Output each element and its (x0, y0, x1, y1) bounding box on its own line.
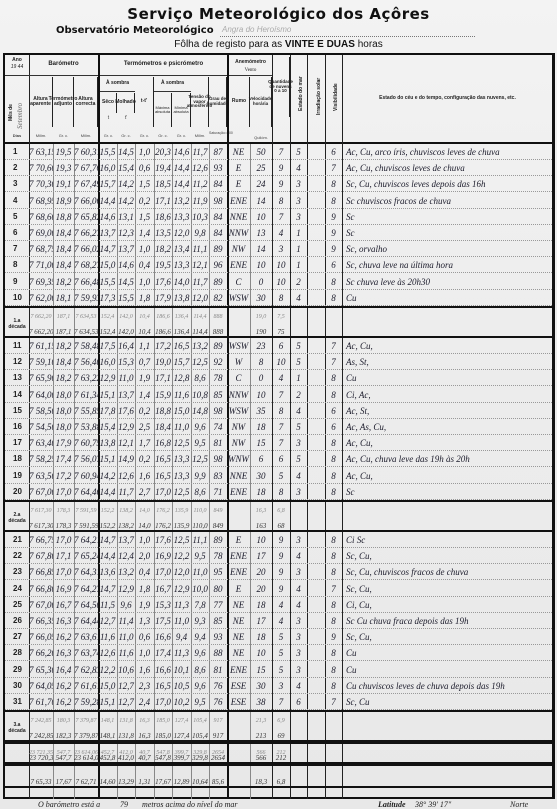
cell-max: 18,5 (154, 176, 172, 192)
table-row: 157 58,5018,07 55,8517,817,60,218,815,01… (5, 403, 552, 419)
cell-molh: 11,0 (117, 370, 135, 386)
subtitle-suffix: horas (358, 39, 383, 50)
cell-hum: 85 (209, 387, 227, 403)
cell-alt-cor: 7 64,44 (74, 613, 98, 629)
cell-diff: 0,6 (135, 160, 154, 176)
cell-diff: 1,0 (135, 144, 154, 160)
summary-pencil-seco: 148,1 (98, 713, 117, 729)
cell-hum: 89 (209, 274, 227, 290)
cell-seco: 17,5 (98, 338, 117, 354)
cell-vel: 24 (250, 176, 272, 192)
cell-hum: 84 (209, 209, 227, 225)
cell-nuv: 9 (272, 532, 290, 548)
table-row: 67 69,0018,47 66,2713,712,31,413,512,09,… (5, 225, 552, 241)
day-number: 10 (13, 290, 22, 306)
cell-rumo: C (227, 370, 250, 386)
cell-mar: 3 (290, 193, 307, 209)
cell-min: 14,6 (172, 144, 191, 160)
cell-seco: 14,7 (98, 241, 117, 257)
cell-irr (307, 338, 325, 354)
cell-tens: 9,5 (191, 435, 209, 451)
summary-pencil-min: 135,9 (172, 503, 191, 519)
day-number: 24 (13, 581, 22, 597)
cell-mar: 3 (290, 435, 307, 451)
cell-molh: 12,9 (117, 581, 135, 597)
unit-tensao: Milim. (191, 133, 209, 138)
cell-irr (307, 645, 325, 661)
cell-irr (307, 613, 325, 629)
table-row: 307 64,0516,27 61,6115,012,72,316,510,59… (5, 678, 552, 694)
cell-term: 16,3 (53, 613, 74, 629)
cell-vis: 6 (325, 419, 342, 435)
cell-tens: 14,8 (191, 403, 209, 419)
cell-vis: 7 (325, 354, 342, 370)
cell-seco: 14,4 (98, 548, 117, 564)
cell-min: 12,0 (172, 225, 191, 241)
cell-max: 16,5 (154, 468, 172, 484)
cell-alt-ap: 7 64,05 (29, 678, 53, 694)
cell-nuv: 5 (272, 468, 290, 484)
cell-seco: 14,4 (98, 193, 117, 209)
cell-hum: 89 (209, 532, 227, 548)
cell-hum: 87 (209, 144, 227, 160)
cell-vel: 14 (250, 193, 272, 209)
cell-alt-ap: 7 69,35 (29, 274, 53, 290)
summary-pencil-rumo (227, 503, 250, 519)
cell-diff: 2,0 (135, 548, 154, 564)
cell-rumo: WSW (227, 338, 250, 354)
cell-term: 18,9 (53, 193, 74, 209)
cell-min: 12,5 (172, 484, 191, 500)
cell-term: 18,4 (53, 257, 74, 273)
summary-pencil-alt-cor: 7 591,59 (74, 503, 98, 519)
cell-alt-ap: 7 68,75 (29, 241, 53, 257)
cell-estado-ceu: Ac, Cu, (342, 338, 552, 354)
cell-estado-ceu: As, St, (342, 354, 552, 370)
cell-alt-ap: 7 58,50 (29, 403, 53, 419)
cell-seco: 13,6 (98, 564, 117, 580)
cell-alt-ap: 7 54,50 (29, 419, 53, 435)
cell-estado-ceu: Sc, Cu (342, 694, 552, 710)
cell-tens: 13,2 (191, 338, 209, 354)
cell-alt-cor: 7 56,07 (74, 451, 98, 467)
cell-max: 13,5 (154, 225, 172, 241)
cell-hum: 77 (209, 597, 227, 613)
unit-termometro-adjunto: Gr. c. (53, 133, 74, 138)
cell-nuv: 4 (272, 613, 290, 629)
cell-vis: 7 (325, 338, 342, 354)
cell-estado-ceu: Ac, St, (342, 403, 552, 419)
cell-mar: 5 (290, 354, 307, 370)
cell-mar: 3 (290, 645, 307, 661)
subtitle-hour: VINTE E DUAS (285, 39, 355, 50)
decade-label: 3.a década (7, 722, 27, 734)
cell-seco: 16,0 (98, 354, 117, 370)
cell-vel: 50 (250, 144, 272, 160)
cell-hum: 89 (209, 241, 227, 257)
cell-estado-ceu: Sc Cu chuva fraca depois das 19h (342, 613, 552, 629)
table-row: 117 61,1518,27 58,4817,516,41,117,216,51… (5, 338, 552, 354)
cell-irr (307, 209, 325, 225)
cell-estado-ceu: Cu (342, 290, 552, 306)
cell-hum: 83 (209, 468, 227, 484)
cell-mar: 3 (290, 613, 307, 629)
cell-vel: 13 (250, 225, 272, 241)
summary-ink-tens: 10,64 (191, 774, 209, 790)
cell-hum: 98 (209, 403, 227, 419)
cell-nuv: 5 (272, 629, 290, 645)
cell-term: 19,1 (53, 176, 74, 192)
day-number: 9 (13, 274, 17, 290)
cell-rumo: NE (227, 597, 250, 613)
cell-seco: 16,0 (98, 160, 117, 176)
cell-tens: 11,7 (191, 144, 209, 160)
col-altura-correcta: Altura correcta (74, 77, 98, 127)
cell-rumo: NNE (227, 468, 250, 484)
cell-term: 18,8 (53, 209, 74, 225)
year-value: 19 44 (6, 64, 28, 70)
cell-alt-cor: 7 61,34 (74, 387, 98, 403)
barometer-header: Barómetro (29, 61, 98, 67)
table-row: 247 66,8016,97 64,2714,712,91,816,712,91… (5, 581, 552, 597)
cell-irr (307, 468, 325, 484)
cell-estado-ceu: Ac, Cu, chuviscos leves de chuva (342, 160, 552, 176)
cell-term: 16,2 (53, 678, 74, 694)
cell-vis: 8 (325, 678, 342, 694)
cell-mar: 3 (290, 209, 307, 225)
cell-diff: 1,7 (135, 435, 154, 451)
table-row: 167 54,5018,07 53,8815,412,92,518,411,09… (5, 419, 552, 435)
cell-nuv: 5 (272, 645, 290, 661)
cell-vis: 8 (325, 451, 342, 467)
cell-diff: 1,8 (135, 290, 154, 306)
latitude-north: Norte (510, 800, 528, 809)
cell-irr (307, 290, 325, 306)
cell-mar: 4 (290, 581, 307, 597)
cell-alt-ap: 7 70,30 (29, 176, 53, 192)
cell-estado-ceu: Ci Sc (342, 532, 552, 548)
cell-alt-cor: 7 68,27 (74, 257, 98, 273)
cell-mar: 4 (290, 290, 307, 306)
cell-diff: 1,9 (135, 370, 154, 386)
summary-pencil-term: 178,3 (53, 503, 74, 519)
cell-vel: 10 (250, 257, 272, 273)
cell-max: 16,5 (154, 678, 172, 694)
cell-hum: 85 (209, 613, 227, 629)
cell-mar: 2 (290, 274, 307, 290)
summary-pencil-term: 180,3 (53, 713, 74, 729)
cell-vis: 8 (325, 613, 342, 629)
cell-diff: 1,6 (135, 662, 154, 678)
table-row: 177 63,4017,97 60,7513,812,11,716,812,59… (5, 435, 552, 451)
cell-vis: 7 (325, 581, 342, 597)
summary-ink-rumo (227, 774, 250, 790)
cell-mar: 4 (290, 160, 307, 176)
cell-term: 18,0 (53, 403, 74, 419)
cell-vel: 6 (250, 451, 272, 467)
cell-diff: 0,2 (135, 403, 154, 419)
cell-alt-ap: 7 65,30 (29, 662, 53, 678)
barometer-height: 79 (120, 800, 128, 809)
cell-term: 18,0 (53, 387, 74, 403)
cell-diff: 0,2 (135, 193, 154, 209)
cell-min: 11,0 (172, 613, 191, 629)
table-row: 237 66,8517,07 64,3113,613,20,417,012,01… (5, 564, 552, 580)
summary-ink-diff: 1,31 (135, 774, 154, 790)
cell-seco: 14,7 (98, 581, 117, 597)
cell-nuv: 8 (272, 193, 290, 209)
cell-alt-ap: 7 66,75 (29, 532, 53, 548)
cell-irr (307, 629, 325, 645)
table-row: 57 68,6018,87 65,8214,613,11,518,613,310… (5, 209, 552, 225)
cell-alt-ap: 7 59,10 (29, 354, 53, 370)
cell-diff: 0,6 (135, 629, 154, 645)
summary-pencil-alt-ap: 7 617,30 (29, 503, 53, 519)
cell-vel: 0 (250, 370, 272, 386)
table-row: 257 67,0016,77 64,5011,59,61,915,311,37,… (5, 597, 552, 613)
cell-estado-ceu: Cu (342, 370, 552, 386)
cell-rumo: NW (227, 435, 250, 451)
cell-vis: 9 (325, 241, 342, 257)
cell-alt-cor: 7 63,61 (74, 629, 98, 645)
cell-term: 16,7 (53, 597, 74, 613)
cell-nuv: 3 (272, 241, 290, 257)
cell-irr (307, 532, 325, 548)
cell-irr (307, 225, 325, 241)
summary-pencil-diff: 10,4 (135, 309, 154, 325)
cell-irr (307, 484, 325, 500)
cell-mar: 3 (290, 662, 307, 678)
cell-vel: 30 (250, 468, 272, 484)
cell-molh: 13,7 (117, 532, 135, 548)
cell-term: 17,0 (53, 564, 74, 580)
cell-term: 16,2 (53, 694, 74, 710)
cell-vis: 8 (325, 387, 342, 403)
cell-tens: 9,6 (191, 645, 209, 661)
thermometers-header: Termómetros e psicrómetro (100, 61, 227, 67)
cell-vel: 15 (250, 662, 272, 678)
cell-irr (307, 597, 325, 613)
cell-alt-cor: 7 67,76 (74, 160, 98, 176)
cell-max: 18,8 (154, 403, 172, 419)
cell-max: 16,7 (154, 581, 172, 597)
cell-min: 13,4 (172, 241, 191, 257)
cell-hum: 88 (209, 645, 227, 661)
cell-seco: 14,7 (98, 532, 117, 548)
cell-seco: 12,9 (98, 370, 117, 386)
cell-molh: 13,1 (117, 209, 135, 225)
cell-molh: 13,2 (117, 564, 135, 580)
table-row: 297 65,3016,47 62,8312,210,61,616,610,18… (5, 662, 552, 678)
summary-pencil-hum: 917 (209, 713, 227, 729)
month-value: Setembro (16, 79, 24, 129)
cell-molh: 11,0 (117, 629, 135, 645)
cell-tens: 12,5 (191, 354, 209, 370)
cell-alt-cor: 7 65,24 (74, 548, 98, 564)
cell-tens: 12,5 (191, 451, 209, 467)
cell-term: 18,0 (53, 419, 74, 435)
cell-nuv: 7 (272, 387, 290, 403)
cell-tens: 9,6 (191, 419, 209, 435)
cell-mar: 3 (290, 564, 307, 580)
cell-max: 17,0 (154, 564, 172, 580)
day-number: 28 (13, 645, 22, 661)
cell-tens: 11,1 (191, 532, 209, 548)
cell-hum: 80 (209, 581, 227, 597)
cell-hum: 81 (209, 662, 227, 678)
cell-diff: 2,4 (135, 694, 154, 710)
day-number: 18 (13, 451, 22, 467)
summary-pencil-max: 186,6 (154, 309, 172, 325)
cell-hum: 76 (209, 678, 227, 694)
cell-nuv: 3 (272, 678, 290, 694)
cell-vis: 6 (325, 403, 342, 419)
cell-alt-cor: 7 64,46 (74, 484, 98, 500)
cell-alt-cor: 7 64,31 (74, 564, 98, 580)
cell-vel: 8 (250, 354, 272, 370)
cell-term: 19,5 (53, 144, 74, 160)
decade-label: 1.a década (7, 318, 27, 330)
table-row: 317 61,7016,27 59,2815,112,72,417,010,29… (5, 694, 552, 710)
table-row: 197 63,5017,27 60,9414,212,61,616,513,39… (5, 468, 552, 484)
cell-seco: 12,2 (98, 662, 117, 678)
cell-alt-ap: 7 66,05 (29, 629, 53, 645)
latitude-value: 38° 39' 17" (415, 800, 451, 809)
cell-alt-ap: 7 63,40 (29, 435, 53, 451)
cell-estado-ceu: Sc, Cu, chuviscos leves depois das 16h (342, 176, 552, 192)
cell-tens: 7,8 (191, 597, 209, 613)
cell-max: 17,1 (154, 370, 172, 386)
summary-pencil-tens: 110,0 (191, 503, 209, 519)
table-row: 17 63,1519,57 60,3115,514,51,020,314,611… (5, 144, 552, 160)
summary-pencil-tens: 105,4 (191, 713, 209, 729)
cell-vel: 30 (250, 678, 272, 694)
unit-minima: Gr. c. (172, 133, 191, 138)
cell-min: 10,5 (172, 678, 191, 694)
cell-min: 10,1 (172, 662, 191, 678)
cell-rumo: NE (227, 629, 250, 645)
cell-min: 11,3 (172, 645, 191, 661)
cell-seco: 15,1 (98, 387, 117, 403)
table-row: 217 66,7517,07 64,2114,713,71,017,612,51… (5, 532, 552, 548)
table-row: 77 68,7518,47 66,0214,713,71,018,213,411… (5, 241, 552, 257)
day-number: 19 (13, 468, 22, 484)
cell-nuv: 5 (272, 662, 290, 678)
summary-pencil-vel: 16,3 (250, 503, 272, 519)
cell-molh: 13,7 (117, 387, 135, 403)
cell-alt-ap: 7 68,60 (29, 209, 53, 225)
cell-alt-cor: 7 58,48 (74, 338, 98, 354)
cell-diff: 2,7 (135, 484, 154, 500)
cell-term: 18,4 (53, 225, 74, 241)
cell-alt-cor: 7 66,48 (74, 274, 98, 290)
summary-pencil-min: 127,4 (172, 713, 191, 729)
cell-estado-ceu: Ac, As, Cu, (342, 419, 552, 435)
cell-tens: 9,6 (191, 678, 209, 694)
sym-seco: t (100, 115, 117, 121)
cell-min: 15,7 (172, 354, 191, 370)
day-number: 20 (13, 484, 22, 500)
cell-max: 17,5 (154, 613, 172, 629)
cell-hum: 84 (209, 176, 227, 192)
cell-diff: 1,5 (135, 176, 154, 192)
cell-max: 19,4 (154, 160, 172, 176)
cell-molh: 14,5 (117, 274, 135, 290)
cell-vel: 35 (250, 403, 272, 419)
cell-alt-cor: 7 60,94 (74, 468, 98, 484)
cell-rumo: WSW (227, 403, 250, 419)
cell-tens: 9,4 (191, 629, 209, 645)
cell-nuv: 4 (272, 597, 290, 613)
cell-irr (307, 160, 325, 176)
cell-rumo: ESE (227, 678, 250, 694)
observatory-underline (220, 36, 475, 37)
cell-tens: 11,1 (191, 241, 209, 257)
cell-rumo: ENE (227, 193, 250, 209)
cell-hum: 98 (209, 451, 227, 467)
day-number: 21 (13, 532, 22, 548)
cell-molh: 12,6 (117, 468, 135, 484)
cell-rumo: NE (227, 645, 250, 661)
cell-diff: 1,0 (135, 274, 154, 290)
latitude-label: Latitude (378, 800, 406, 809)
cell-rumo: WNW (227, 451, 250, 467)
cell-vel: 10 (250, 532, 272, 548)
cell-term: 18,2 (53, 370, 74, 386)
summary-pencil-nuv: 7,5 (272, 309, 290, 325)
cell-max: 17,1 (154, 193, 172, 209)
sym-molhado: t' (117, 115, 135, 121)
cell-vis: 7 (325, 160, 342, 176)
cell-molh: 11,4 (117, 613, 135, 629)
day-number: 23 (13, 564, 22, 580)
cell-seco: 12,7 (98, 613, 117, 629)
col-nuvens: Quantidade de nuvens 0 a 10 (272, 57, 290, 117)
cell-vis: 8 (325, 290, 342, 306)
cell-seco: 11,6 (98, 629, 117, 645)
summary-pencil-alt-ap: 7 242,85 (29, 713, 53, 729)
cell-mar: 5 (290, 338, 307, 354)
summary-ink-nuv: 6,8 (272, 774, 290, 790)
unit-velocidade: Quilóm. (250, 135, 272, 140)
cell-vel: 20 (250, 581, 272, 597)
cell-vis: 8 (325, 548, 342, 564)
cell-vel: 17 (250, 613, 272, 629)
cell-irr (307, 678, 325, 694)
cell-min: 14,0 (172, 274, 191, 290)
cell-term: 18,4 (53, 354, 74, 370)
cell-alt-ap: 7 69,00 (29, 225, 53, 241)
cell-nuv: 9 (272, 160, 290, 176)
cell-nuv: 7 (272, 694, 290, 710)
summary-pencil-alt-cor: 7 634,53 (74, 309, 98, 325)
day-number: 16 (13, 419, 22, 435)
cell-alt-cor: 7 63,74 (74, 645, 98, 661)
cell-estado-ceu: Ac, Cu, (342, 435, 552, 451)
cell-hum: 78 (209, 370, 227, 386)
cell-alt-cor: 7 53,88 (74, 419, 98, 435)
cell-irr (307, 419, 325, 435)
cell-hum: 74 (209, 419, 227, 435)
day-number: 2 (13, 160, 17, 176)
cell-term: 16,3 (53, 645, 74, 661)
cell-molh: 11,7 (117, 484, 135, 500)
cell-nuv: 4 (272, 225, 290, 241)
cell-vis: 8 (325, 484, 342, 500)
cell-seco: 15,0 (98, 678, 117, 694)
cell-alt-cor: 7 66,02 (74, 241, 98, 257)
cell-alt-cor: 7 65,82 (74, 209, 98, 225)
